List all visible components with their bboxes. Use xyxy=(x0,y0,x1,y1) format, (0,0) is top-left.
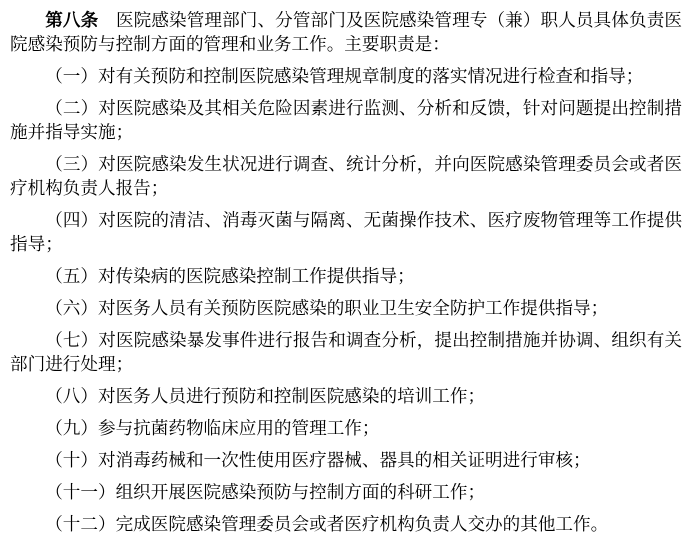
article-number: 第八条 xyxy=(45,10,98,30)
article-item-9: （九）参与抗菌药物临床应用的管理工作； xyxy=(10,416,682,440)
article-intro-text: 医院感染管理部门、分管部门及医院感染管理专（兼）职人员具体负责医院感染预防与控制… xyxy=(10,10,682,54)
article-item-5: （五）对传染病的医院感染控制工作提供指导； xyxy=(10,264,682,288)
article-item-6: （六）对医务人员有关预防医院感染的职业卫生安全防护工作提供指导； xyxy=(10,296,682,320)
article-item-12: （十二）完成医院感染管理委员会或者医疗机构负责人交办的其他工作。 xyxy=(10,512,682,533)
article-item-8: （八）对医务人员进行预防和控制医院感染的培训工作； xyxy=(10,384,682,408)
article-heading-paragraph: 第八条 医院感染管理部门、分管部门及医院感染管理专（兼）职人员具体负责医院感染预… xyxy=(10,8,682,56)
article-item-3: （三）对医院感染发生状况进行调查、统计分析，并向医院感染管理委员会或者医疗机构负… xyxy=(10,152,682,200)
document-page: 第八条 医院感染管理部门、分管部门及医院感染管理专（兼）职人员具体负责医院感染预… xyxy=(0,0,689,533)
article-item-4: （四）对医院的清洁、消毒灭菌与隔离、无菌操作技术、医疗废物管理等工作提供指导； xyxy=(10,208,682,256)
article-item-10: （十）对消毒药械和一次性使用医疗器械、器具的相关证明进行审核； xyxy=(10,448,682,472)
article-item-1: （一）对有关预防和控制医院感染管理规章制度的落实情况进行检查和指导； xyxy=(10,64,682,88)
article-item-11: （十一）组织开展医院感染预防与控制方面的科研工作； xyxy=(10,480,682,504)
article-item-7: （七）对医院感染暴发事件进行报告和调查分析，提出控制措施并协调、组织有关部门进行… xyxy=(10,328,682,376)
article-item-2: （二）对医院感染及其相关危险因素进行监测、分析和反馈，针对问题提出控制措施并指导… xyxy=(10,96,682,144)
